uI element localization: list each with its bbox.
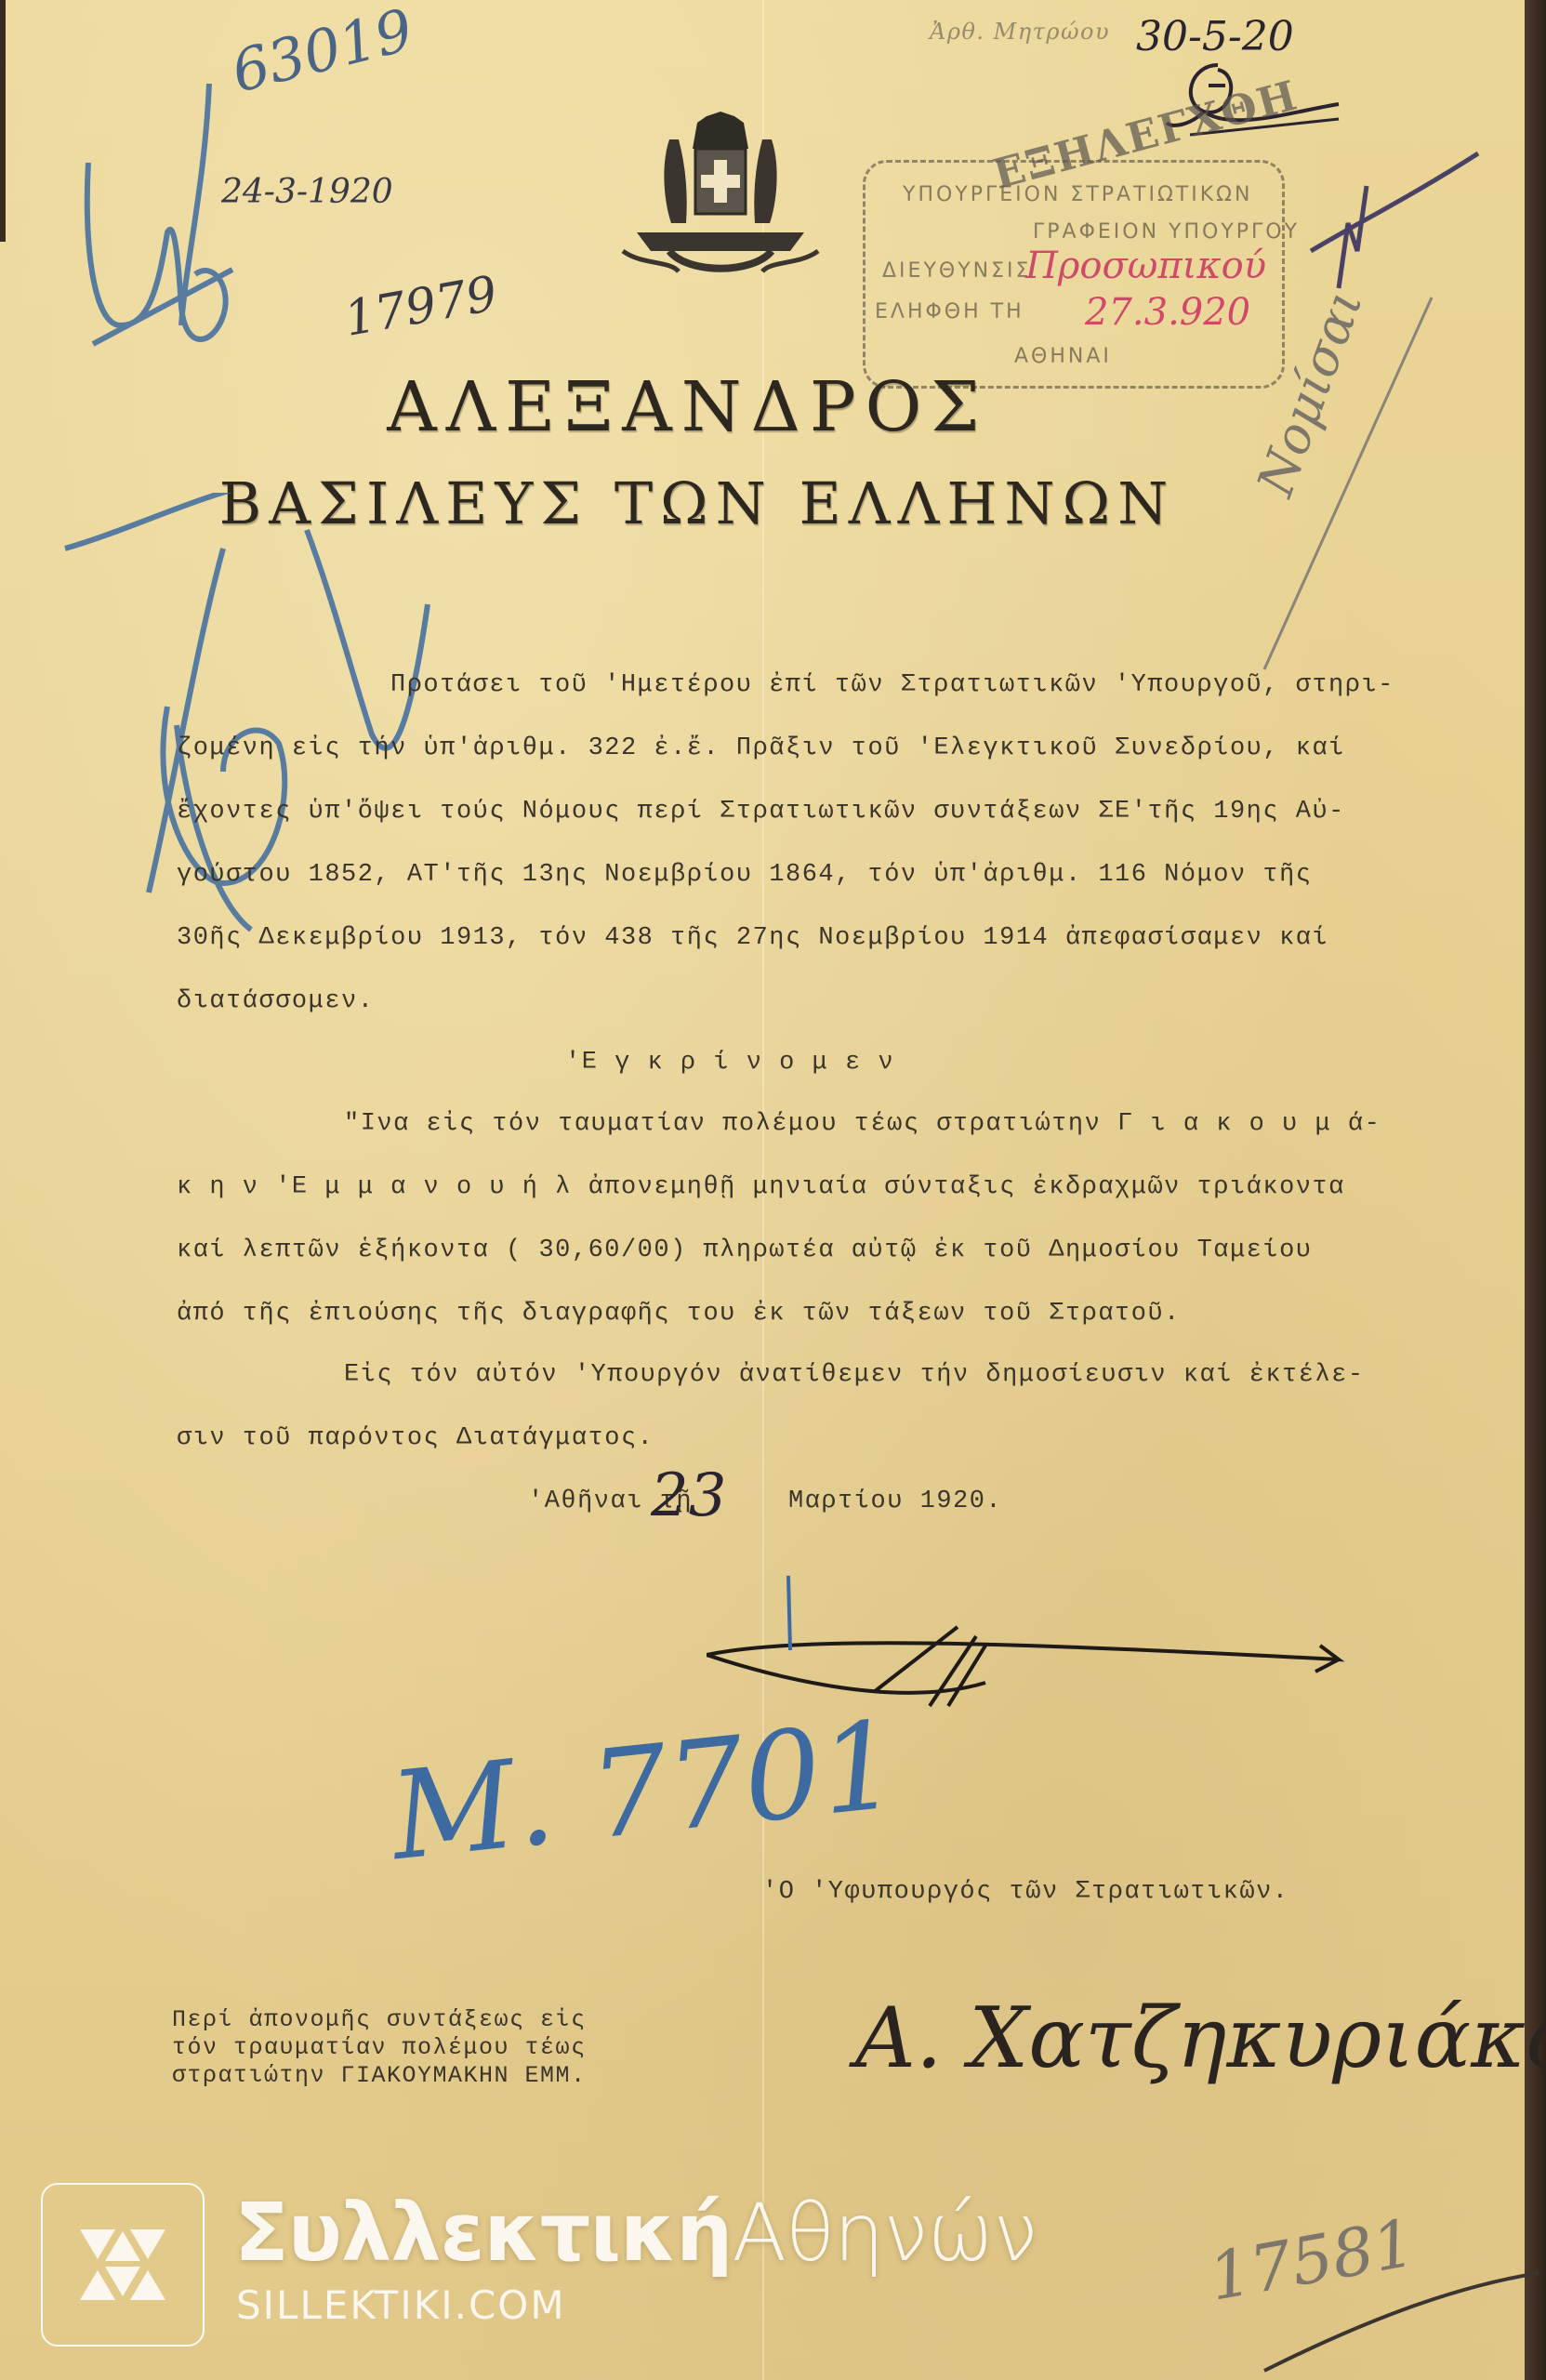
stamp-date-handwritten: 27.3.920 <box>1085 291 1250 334</box>
subject-line: Περί ἀπονομῆς συντάξεως εἰς <box>172 2006 587 2034</box>
pencil-line-icon <box>1246 2268 1543 2380</box>
decree-heading: 'Ε γ κ ρ ί ν ο μ ε ν <box>565 1049 894 1077</box>
body-line: γούστου 1852, ΑΤ'τῆς 13ης Νοεμβρίου 1864… <box>177 861 1312 889</box>
pencil-stroke-icon <box>1227 288 1450 679</box>
body-line: Προτάσει τοῦ 'Ημετέρου ἐπί τῶν Στρατιωτι… <box>390 671 1394 699</box>
body-line: καί λεπτῶν ἑξήκοντα ( 30,60/00) πληρωτέα… <box>177 1236 1312 1264</box>
watermark-brand: ΣυλλεκτικήΑθηνών <box>234 2187 1037 2280</box>
registry-label: Ἀρθ. Μητρώου <box>930 19 1110 45</box>
date-day-handwritten: 23 <box>651 1461 726 1530</box>
minister-title: 'Ο 'Υφυπουργός τῶν Στρατιωτικῶν. <box>762 1878 1288 1906</box>
ministry-stamp: ΥΠΟΥΡΓΕΙΟΝ ΣΤΡΑΤΙΩΤΙΚΩΝ ΓΡΑΦΕΙΟΝ ΥΠΟΥΡΓΟ… <box>863 160 1285 389</box>
triangles-logo-icon <box>43 2185 203 2345</box>
king-name-heading: ΑΛΕΞΑΝΔΡΟΣ <box>335 367 1041 447</box>
body-line: ζομένη εἰς τήν ὑπ'ἀριθμ. 322 ἐ.ἔ. Πρᾶξιν… <box>177 734 1345 762</box>
stamp-department-handwritten: Προσωπικού <box>1025 245 1266 287</box>
watermark-logo <box>41 2183 205 2347</box>
date-suffix: Μαρτίου 1920. <box>788 1487 1002 1515</box>
body-line: διατάσσομεν. <box>177 987 374 1015</box>
subject-line: τόν τραυματίαν πολέμου τέως <box>172 2034 587 2062</box>
subject-line: στρατιώτην ΓΙΑΚΟΥΜΑΚΗΝ ΕΜΜ. <box>172 2062 587 2090</box>
watermark-url: SILLEKTIKI.COM <box>236 2282 566 2328</box>
blue-pencil-stroke-icon <box>781 1571 799 1655</box>
body-line: ἔχοντες ὑπ'ὄψει τούς Νόμους περί Στρατιω… <box>177 798 1345 826</box>
minister-signature: Α. Χατζηκυριάκος <box>855 1990 1546 2087</box>
ink-checkmark-icon <box>1302 149 1487 297</box>
table-background-left <box>0 0 6 242</box>
body-line: "Ινα εἰς τόν ταυματίαν πολέμου τέως στρα… <box>344 1110 1381 1138</box>
royal-coat-of-arms-icon <box>614 112 827 288</box>
body-line: σιν τοῦ παρόντος Διατάγματος. <box>177 1424 654 1452</box>
body-line: ἀπό τῆς ἐπιούσης τῆς διαγραφῆς του ἐκ τῶ… <box>177 1300 1181 1328</box>
body-line: 30ῆς Δεκεμβρίου 1913, τόν 438 τῆς 27ης Ν… <box>177 924 1328 952</box>
body-line: κ η ν 'Ε μ μ α ν ο υ ή λ ἀπονεμηθῇ μηνια… <box>177 1173 1345 1201</box>
body-line: Εἰς τόν αὐτόν 'Υπουργόν ἀνατίθεμεν τήν δ… <box>344 1361 1365 1389</box>
blue-pencil-mark-icon <box>74 74 353 381</box>
